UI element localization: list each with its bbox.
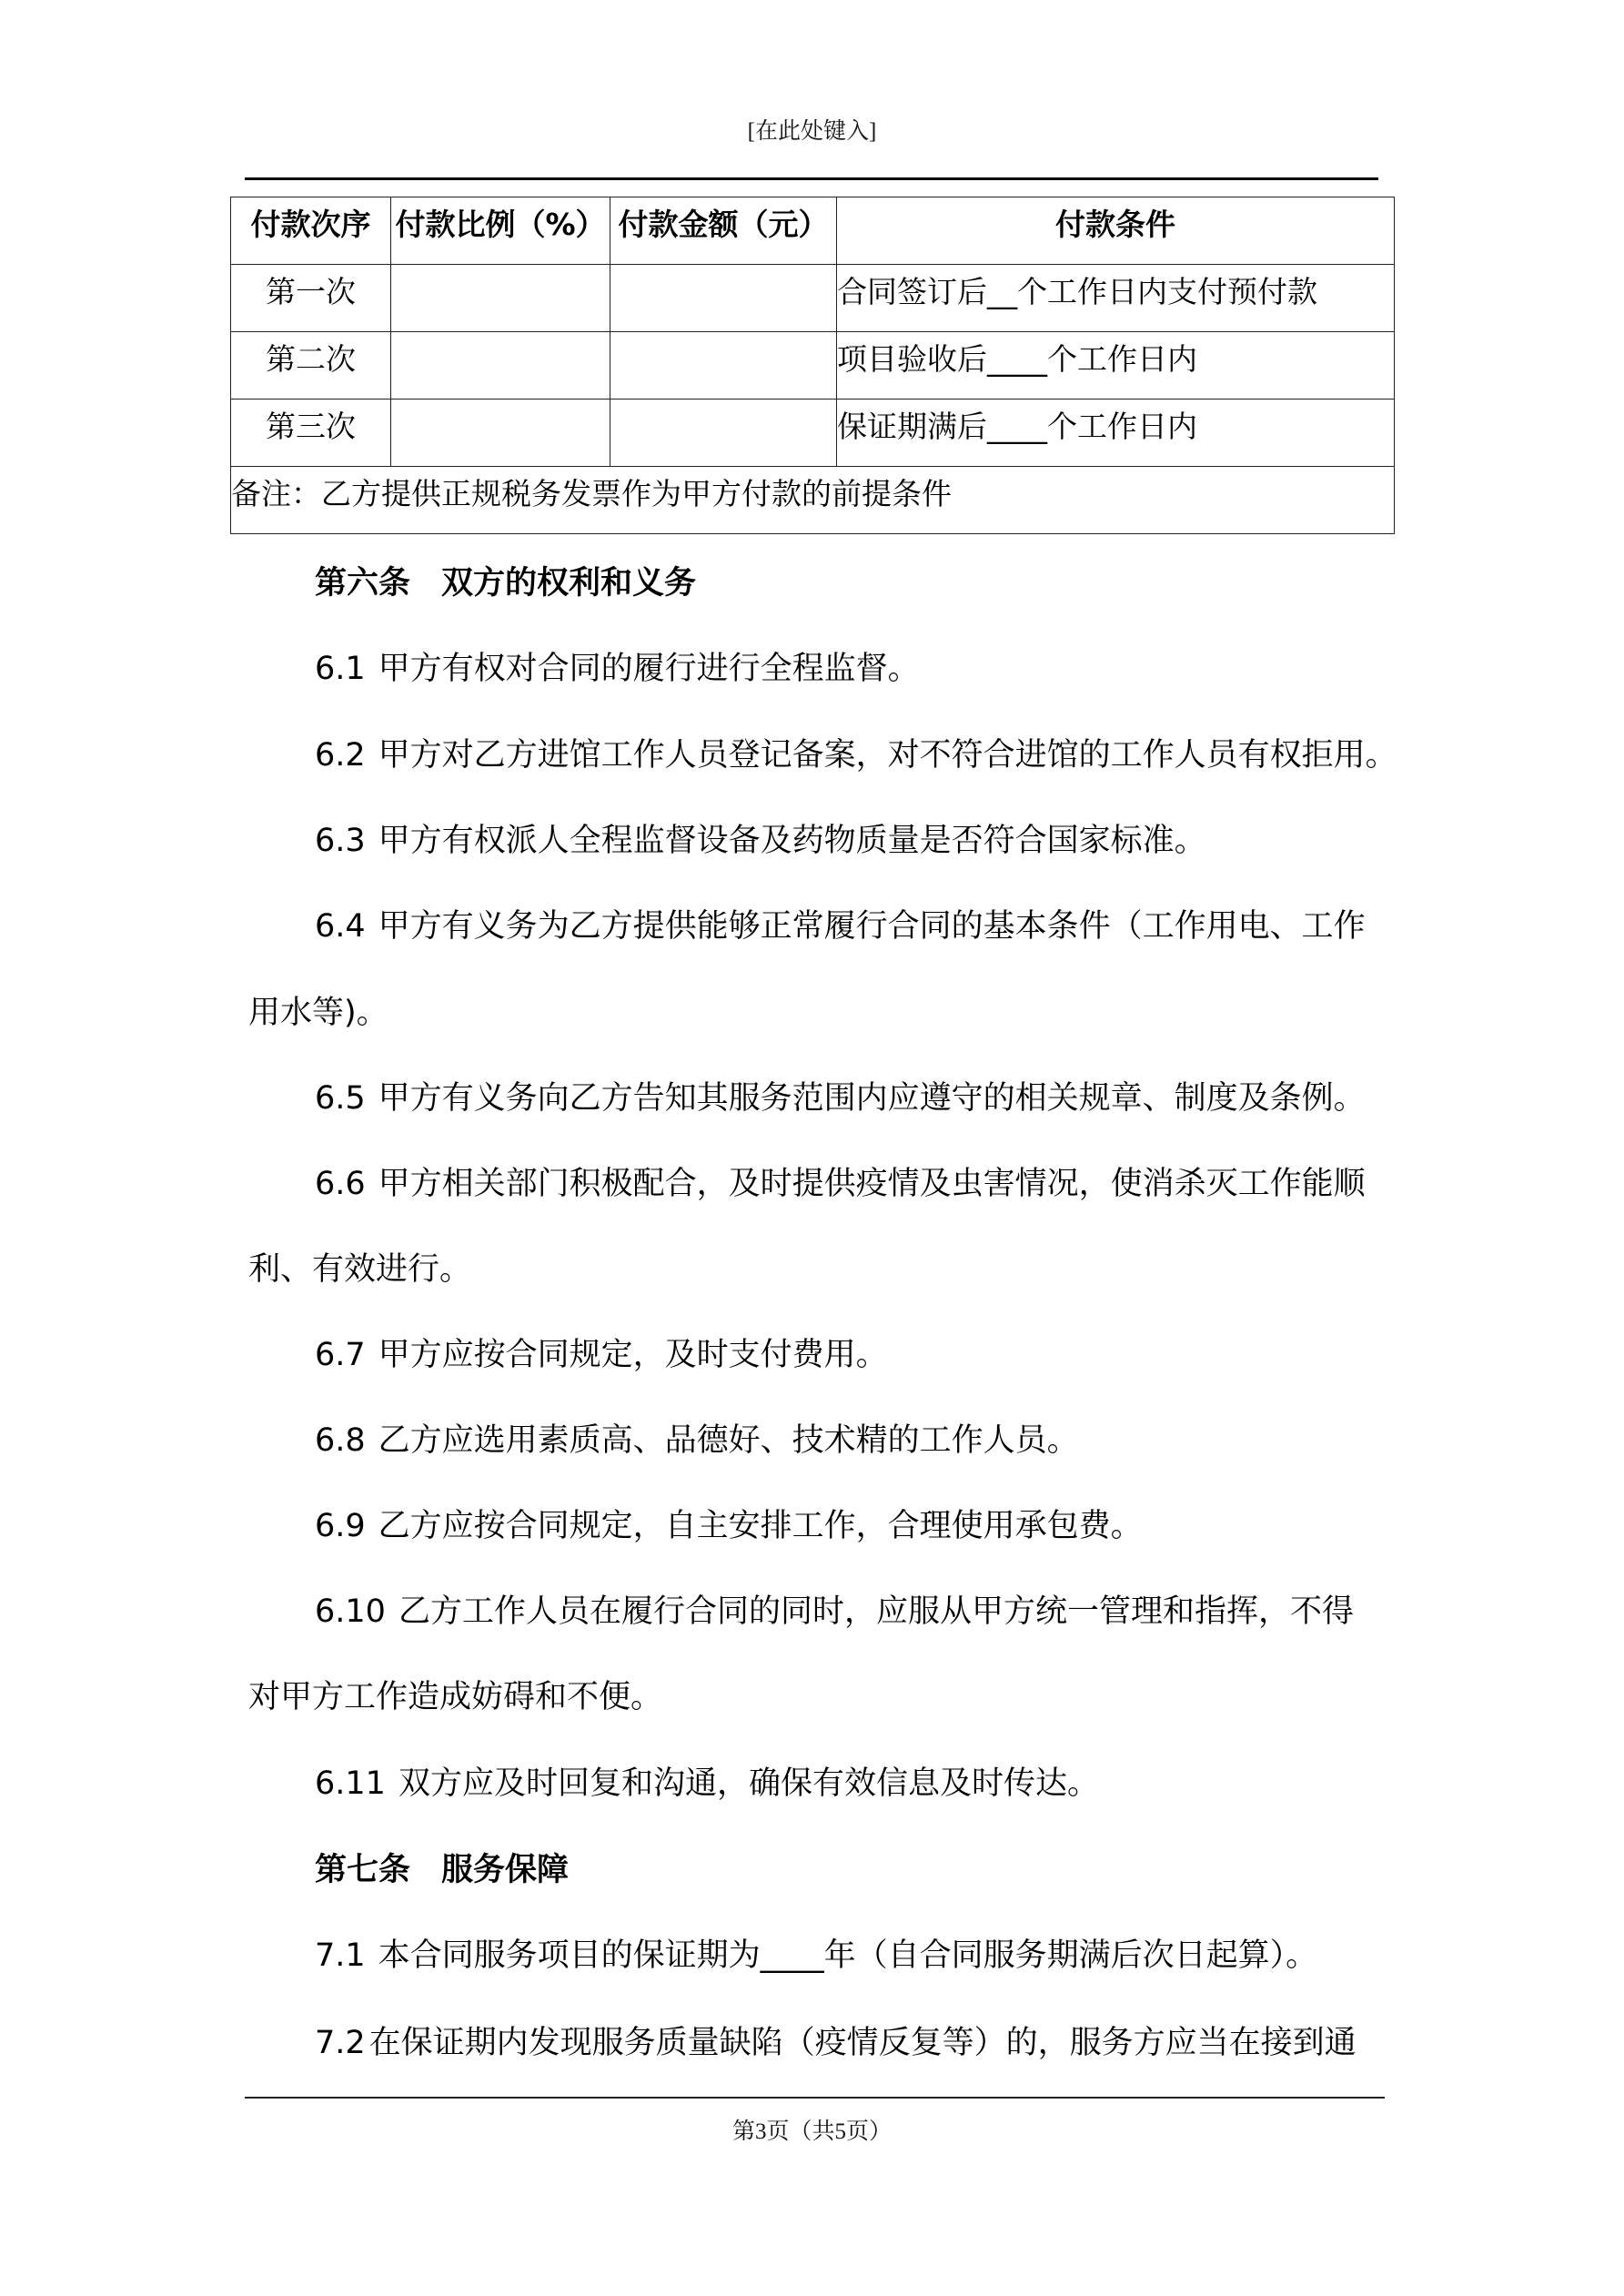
clause-text: 乙方工作人员在履行合同的同时，应服从甲方统一管理和指挥，不得: [398, 1593, 1354, 1630]
clause-text: 甲方有权派人全程监督设备及药物质量是否符合国家标准。: [378, 823, 1206, 859]
clause-6-9: 6.9乙方应按合同规定，自主安排工作，合理使用承包费。: [315, 1503, 1143, 1549]
table-row: 第二次 项目验收后____个工作日内: [231, 332, 1395, 400]
clause-6-10: 6.10乙方工作人员在履行合同的同时，应服从甲方统一管理和指挥，不得: [315, 1589, 1354, 1634]
table-header-row: 付款次序 付款比例（%） 付款金额（元） 付款条件: [231, 197, 1395, 265]
payment-schedule-table: 付款次序 付款比例（%） 付款金额（元） 付款条件 第一次 合同签订后__个工作…: [230, 197, 1395, 534]
clause-number: 6.1: [315, 651, 366, 687]
table-row: 第三次 保证期满后____个工作日内: [231, 400, 1395, 467]
table-row: 第一次 合同签订后__个工作日内支付预付款: [231, 265, 1395, 332]
clause-number: 6.6: [315, 1166, 366, 1202]
clause-number: 6.10: [315, 1593, 386, 1630]
column-header-condition: 付款条件: [837, 197, 1395, 265]
clause-text: 甲方应按合同规定，及时支付费用。: [378, 1337, 888, 1373]
column-header-ratio: 付款比例（%）: [391, 197, 610, 265]
cell-amount[interactable]: [610, 265, 837, 332]
clause-text: 甲方有义务向乙方告知其服务范围内应遵守的相关规章、制度及条例。: [378, 1080, 1366, 1117]
clause-number: 7.1: [315, 1937, 366, 1974]
clause-7-2: 7.2在保证期内发现服务质量缺陷（疫情反复等）的，服务方应当在接到通: [315, 2020, 1357, 2066]
cell-ratio[interactable]: [391, 332, 610, 400]
clause-6-6: 6.6甲方相关部门积极配合，及时提供疫情及虫害情况，使消杀灭工作能顺: [315, 1161, 1366, 1207]
clause-number: 6.11: [315, 1765, 386, 1802]
article-6-heading: 第六条双方的权利和义务: [315, 561, 696, 606]
clause-6-5: 6.5甲方有义务向乙方告知其服务范围内应遵守的相关规章、制度及条例。: [315, 1076, 1366, 1121]
page-header[interactable]: [在此处键入]: [0, 116, 1624, 147]
article-number: 第六条: [315, 565, 410, 602]
clause-text: 在保证期内发现服务质量缺陷（疫情反复等）的，服务方应当在接到通: [369, 2025, 1357, 2061]
article-title: 服务保障: [441, 1852, 569, 1888]
table-note-row: 备注：乙方提供正规税务发票作为甲方付款的前提条件: [231, 467, 1395, 534]
clause-6-2: 6.2甲方对乙方进馆工作人员登记备案，对不符合进馆的工作人员有权拒用。: [315, 733, 1397, 778]
clause-text: 甲方相关部门积极配合，及时提供疫情及虫害情况，使消杀灭工作能顺: [378, 1166, 1366, 1202]
page-number-footer: 第3页（共5页）: [0, 2117, 1624, 2148]
cell-amount[interactable]: [610, 400, 837, 467]
clause-number: 7.2: [315, 2025, 366, 2061]
clause-number: 6.4: [315, 908, 366, 945]
clause-number: 6.9: [315, 1508, 366, 1544]
cell-ratio[interactable]: [391, 400, 610, 467]
clause-number: 6.2: [315, 737, 366, 774]
clause-6-10-continued: 对甲方工作造成妨碍和不便。: [248, 1674, 662, 1720]
cell-ratio[interactable]: [391, 265, 610, 332]
clause-6-4: 6.4甲方有义务为乙方提供能够正常履行合同的基本条件（工作用电、工作: [315, 904, 1366, 949]
clause-number: 6.7: [315, 1337, 366, 1373]
cell-sequence: 第一次: [231, 265, 391, 332]
header-rule: [245, 177, 1378, 180]
clause-6-7: 6.7甲方应按合同规定，及时支付费用。: [315, 1332, 888, 1378]
footer-rule: [245, 2097, 1385, 2099]
cell-sequence: 第二次: [231, 332, 391, 400]
column-header-amount: 付款金额（元）: [610, 197, 837, 265]
clause-6-3: 6.3甲方有权派人全程监督设备及药物质量是否符合国家标准。: [315, 818, 1206, 864]
column-header-sequence: 付款次序: [231, 197, 391, 265]
clause-text: 本合同服务项目的保证期为____年（自合同服务期满后次日起算）。: [378, 1937, 1318, 1974]
cell-condition: 保证期满后____个工作日内: [837, 400, 1395, 467]
clause-number: 6.8: [315, 1422, 366, 1459]
clause-text: 双方应及时回复和沟通，确保有效信息及时传达。: [398, 1765, 1099, 1802]
clause-number: 6.5: [315, 1080, 366, 1117]
clause-6-8: 6.8乙方应选用素质高、品德好、技术精的工作人员。: [315, 1418, 1079, 1463]
cell-condition: 合同签订后__个工作日内支付预付款: [837, 265, 1395, 332]
clause-6-11: 6.11双方应及时回复和沟通，确保有效信息及时传达。: [315, 1761, 1099, 1806]
clause-text: 甲方有权对合同的履行进行全程监督。: [378, 651, 920, 687]
clause-text: 乙方应选用素质高、品德好、技术精的工作人员。: [378, 1422, 1079, 1459]
payment-note: 备注：乙方提供正规税务发票作为甲方付款的前提条件: [231, 467, 1395, 534]
cell-condition: 项目验收后____个工作日内: [837, 332, 1395, 400]
article-7-heading: 第七条服务保障: [315, 1847, 569, 1893]
clause-6-1: 6.1甲方有权对合同的履行进行全程监督。: [315, 646, 920, 692]
clause-6-6-continued: 利、有效进行。: [248, 1247, 471, 1292]
article-title: 双方的权利和义务: [441, 565, 696, 602]
clause-text: 甲方有义务为乙方提供能够正常履行合同的基本条件（工作用电、工作: [378, 908, 1366, 945]
cell-amount[interactable]: [610, 332, 837, 400]
clause-text: 乙方应按合同规定，自主安排工作，合理使用承包费。: [378, 1508, 1143, 1544]
cell-sequence: 第三次: [231, 400, 391, 467]
clause-number: 6.3: [315, 823, 366, 859]
clause-text: 甲方对乙方进馆工作人员登记备案，对不符合进馆的工作人员有权拒用。: [378, 737, 1397, 774]
clause-7-1: 7.1本合同服务项目的保证期为____年（自合同服务期满后次日起算）。: [315, 1933, 1317, 1978]
article-number: 第七条: [315, 1852, 410, 1888]
clause-6-4-continued: 用水等)。: [248, 990, 388, 1036]
